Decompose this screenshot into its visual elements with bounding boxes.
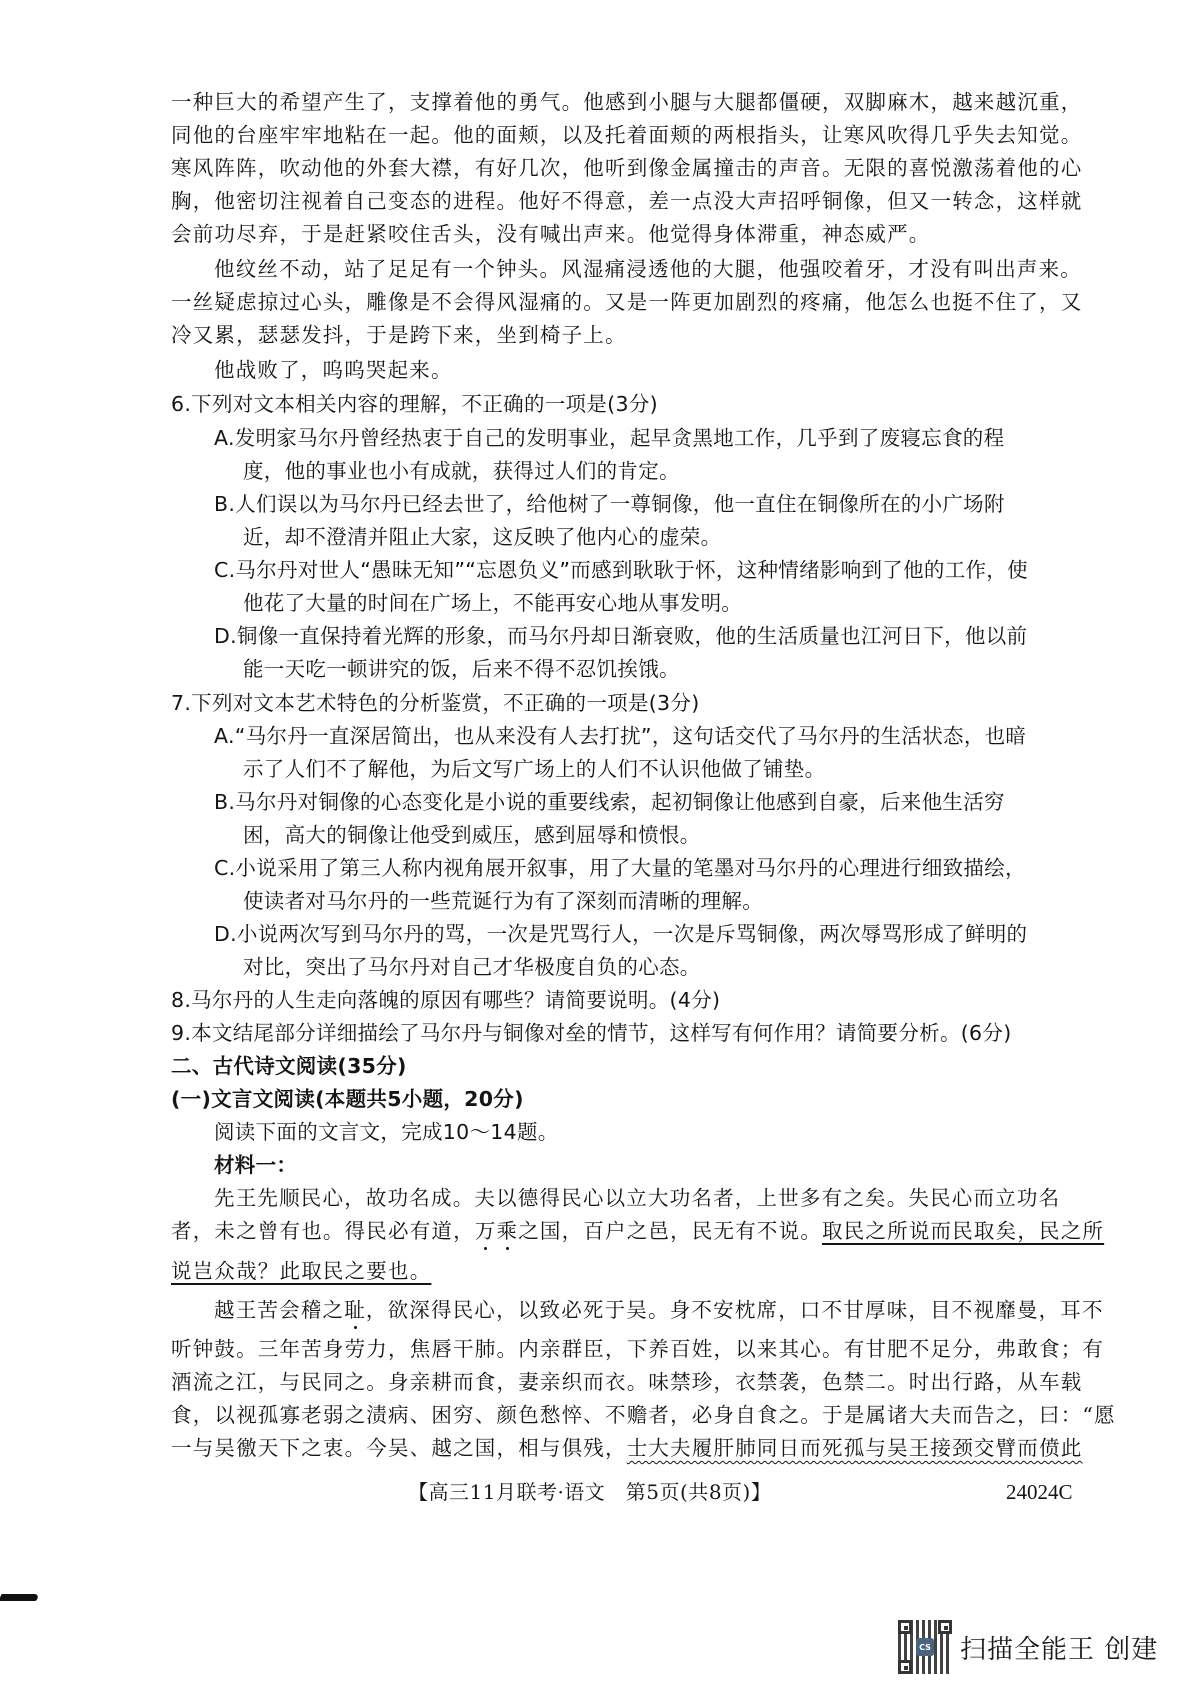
q7-option-c-cont: 使读者对马尔丹的一些荒诞行为有了深刻而清晰的理解。 — [243, 886, 763, 916]
classical-text-line: 越王苦会稽之耻，欲深得民心，以致必死于吴。身不安枕席，口不甘厚味，目不视靡曼，耳… — [214, 1295, 1104, 1325]
classical-text-line: 者，未之曾有也。得民必有道，万乘之国，百户之邑，民无有不说。取民之所说而民取矣，… — [171, 1216, 1104, 1246]
story-line: 同他的台座牢牢地粘在一起。他的面颊，以及托着面颊的两根指头，让寒风吹得几乎失去知… — [171, 120, 1082, 150]
wavy-underlined-sentence: 士大夫履肝肺同日而死孤与吴王接颈交臂而偾此 — [627, 1436, 1083, 1460]
classical-text-segment: 之国，百户之邑，民无有不说。 — [518, 1219, 822, 1243]
classical-text-line: 先王先顺民心，故功名成。夫以德得民心以立大功名者，上世多有之矣。失民心而立功名 — [214, 1183, 1060, 1213]
story-line: 他战败了，呜呜哭起来。 — [214, 355, 453, 385]
q6-option-c: C.马尔丹对世人“愚昧无知”“忘恩负义”而感到耿耿于怀，这种情绪影响到了他的工作… — [214, 555, 1028, 585]
question-8: 8.马尔丹的人生走向落魄的原因有哪些？请简要说明。(4分) — [171, 985, 720, 1015]
q6-option-d: D.铜像一直保持着光辉的形象，而马尔丹却日渐衰败，他的生活质量也江河日下，他以前 — [214, 621, 1027, 651]
story-line: 一丝疑虑掠过心头，雕像是不会得风湿痛的。又是一阵更加剧烈的疼痛，他怎么也挺不住了… — [171, 287, 1082, 317]
q6-option-c-cont: 他花了大量的时间在广场上，不能再安心地从事发明。 — [243, 588, 742, 618]
reading-instruction: 阅读下面的文言文，完成10～14题。 — [214, 1117, 559, 1147]
q7-option-a-cont: 示了人们不了解他，为后文写广场上的人们不认识他做了铺垫。 — [243, 754, 825, 784]
q7-option-b: B.马尔丹对铜像的心态变化是小说的重要线索，起初铜像让他感到自豪，后来他生活穷 — [214, 787, 1005, 817]
story-line: 会前功尽弃，于是赶紧咬住舌头，没有喊出声来。他觉得身体滞重，神态威严。 — [171, 219, 931, 249]
camscanner-logo-icon: CS — [916, 1638, 934, 1656]
q6-option-a-cont: 度，他的事业也小有成就，获得过人们的肯定。 — [243, 456, 680, 486]
q7-option-b-cont: 困，高大的铜像让他受到威压，感到屈辱和愤恨。 — [243, 820, 701, 850]
exam-page: 一种巨大的希望产生了，支撑着他的勇气。他感到小腿与大腿都僵硬，双脚麻木，越来越沉… — [0, 0, 1200, 1699]
classical-text-segment: 越王苦会稽之 — [214, 1298, 344, 1322]
q7-option-a: A.“马尔丹一直深居简出，也从来没有人去打扰”，这句话交代了马尔丹的生活状态，也… — [214, 721, 1026, 751]
qr-code-icon: CS — [898, 1620, 952, 1674]
classical-text-segment: 一与吴徼天下之衷。今吴、越之国，相与俱残， — [171, 1436, 627, 1460]
subsection-title: (一)文言文阅读(本题共5小题，20分) — [171, 1084, 524, 1114]
q7-option-c: C.小说采用了第三人称内视角展开叙事，用了大量的笔墨对马尔丹的心理进行细致描绘， — [214, 853, 1026, 883]
underlined-sentence: 说岂众哉？此取民之要也。 — [171, 1259, 431, 1283]
material-label: 材料一： — [214, 1150, 297, 1180]
question-6-stem: 6.下列对文本相关内容的理解，不正确的一项是(3分) — [171, 389, 658, 419]
scanner-watermark: CS 扫描全能王 创建 — [898, 1620, 1158, 1674]
emphasis-dot-char: 万 — [475, 1219, 497, 1243]
story-line: 胸，他密切注视着自己变态的进程。他好不得意，差一点没大声招呼铜像，但又一转念，这… — [171, 186, 1082, 216]
section-title: 二、古代诗文阅读(35分) — [171, 1051, 407, 1081]
paper-code: 24024C — [1006, 1480, 1073, 1505]
scan-artifact-mark — [0, 1594, 40, 1601]
story-line: 一种巨大的希望产生了，支撑着他的勇气。他感到小腿与大腿都僵硬，双脚麻木，越来越沉… — [171, 87, 1082, 117]
q6-option-a: A.发明家马尔丹曾经热衷于自己的发明事业，起早贪黑地工作，几乎到了废寝忘食的程 — [214, 423, 1004, 453]
question-9: 9.本文结尾部分详细描绘了马尔丹与铜像对垒的情节，这样写有何作用？请简要分析。(… — [171, 1018, 1012, 1048]
classical-text-line: 酒流之江，与民同之。身亲耕而食，妻亲织而衣。味禁珍，衣禁袭，色禁二。时出行路，从… — [171, 1367, 1082, 1397]
story-line: 他纹丝不动，站了足足有一个钟头。风湿痛浸透他的大腿，他强咬着牙，才没有叫出声来。 — [214, 254, 1082, 284]
classical-text-line: 听钟鼓。三年苦身劳力，焦唇干肺。内亲群臣，下养百姓，以来其心。有甘肥不足分，弗敢… — [171, 1334, 1104, 1364]
classical-text-line: 食，以视孤寡老弱之渍病、困穷、颜色愁悴、不赡者，必身自食之。于是属诸大夫而告之，… — [171, 1400, 1116, 1430]
emphasis-dot-char: 耻 — [344, 1298, 366, 1322]
question-7-stem: 7.下列对文本艺术特色的分析鉴赏，不正确的一项是(3分) — [171, 688, 700, 718]
q6-option-b-cont: 近，却不澄清并阻止大家，这反映了他内心的虚荣。 — [243, 522, 721, 552]
watermark-label: 扫描全能王 创建 — [960, 1629, 1158, 1666]
classical-text-segment: 者，未之曾有也。得民必有道， — [171, 1219, 475, 1243]
story-line: 冷又累，瑟瑟发抖，于是跨下来，坐到椅子上。 — [171, 320, 627, 350]
q7-option-d: D.小说两次写到马尔丹的骂，一次是咒骂行人，一次是斥骂铜像，两次辱骂形成了鲜明的 — [214, 919, 1027, 949]
page-footer-label: 【高三11月联考·语文 第5页(共8页)】 — [408, 1477, 771, 1507]
classical-text-line: 一与吴徼天下之衷。今吴、越之国，相与俱残，士大夫履肝肺同日而死孤与吴王接颈交臂而… — [171, 1433, 1082, 1463]
q6-option-d-cont: 能一天吃一顿讲究的饭，后来不得不忍饥挨饿。 — [243, 654, 680, 684]
classical-text-segment: ，欲深得民心，以致必死于吴。身不安枕席，口不甘厚味，目不视靡曼，耳不 — [366, 1298, 1104, 1322]
underlined-sentence: 取民之所说而民取矣，民之所 — [822, 1219, 1104, 1243]
emphasis-dot-char: 乘 — [497, 1219, 519, 1243]
classical-text-line: 说岂众哉？此取民之要也。 — [171, 1256, 431, 1286]
q7-option-d-cont: 对比，突出了马尔丹对自己才华极度自负的心态。 — [243, 952, 701, 982]
story-line: 寒风阵阵，吹动他的外套大襟，有好几次，他听到像金属撞击的声音。无限的喜悦激荡着他… — [171, 153, 1082, 183]
q6-option-b: B.人们误以为马尔丹已经去世了，给他树了一尊铜像，他一直住在铜像所在的小广场附 — [214, 489, 1005, 519]
